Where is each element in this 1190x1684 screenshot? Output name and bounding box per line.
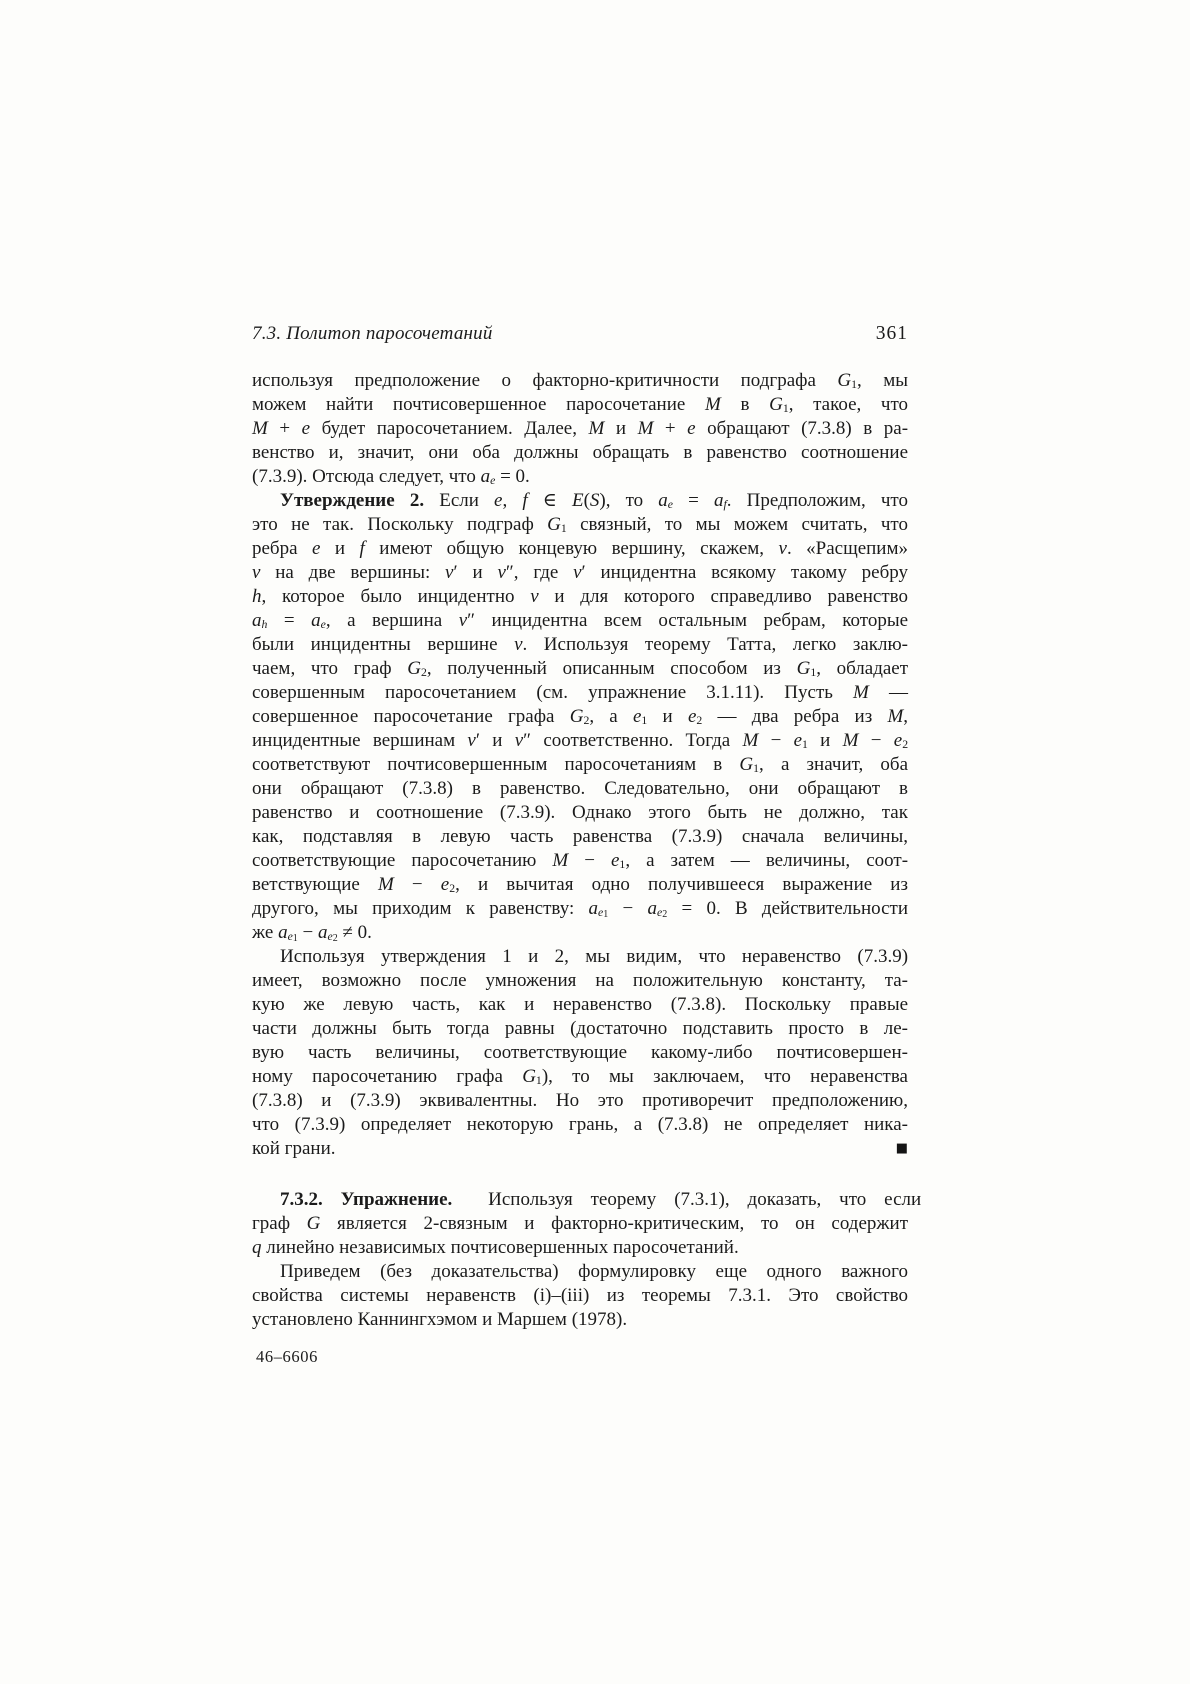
text-line: h, которое было инцидентно v и для котор… (252, 585, 908, 609)
page-body: используя предположение о факторно-крити… (252, 369, 908, 1332)
paragraph-claims-1-2: Используя утверждения 1 и 2, мы видим, ч… (252, 945, 908, 1161)
text-line: v на две вершины: v′ и v″, где v′ инциде… (252, 561, 908, 585)
text-line: Утверждение 2. Если e, f ∈ E(S), то ae =… (252, 489, 908, 513)
text-line: были инцидентны вершине v. Используя тео… (252, 633, 908, 657)
text-line: ветствующие M − e2, и вычитая одно получ… (252, 873, 908, 897)
text-line: можем найти почтисовершенное паросочетан… (252, 393, 908, 417)
text-line: соответствуют почтисовершенным паросочет… (252, 753, 908, 777)
text-line: соответствующие паросочетанию M − e1, а … (252, 849, 908, 873)
text-line: совершенное паросочетание графа G2, а e1… (252, 705, 908, 729)
text-line: же ae1 − ae2 ≠ 0. (252, 921, 908, 945)
text-line: это не так. Поскольку подграф G1 связный… (252, 513, 908, 537)
text-line: Приведем (без доказательства) формулиров… (252, 1260, 908, 1284)
text-line: ребра e и f имеют общую концевую вершину… (252, 537, 908, 561)
text-line: они обращают (7.3.8) в равенство. Следов… (252, 777, 908, 801)
text-line: граф G является 2-связным и факторно-кри… (252, 1212, 908, 1236)
text-line: кой грани.■ (252, 1137, 908, 1161)
text-line: ному паросочетанию графа G1), то мы закл… (252, 1065, 908, 1089)
paragraph-exercise-7-3-2: 7.3.2. Упражнение. Используя теорему (7.… (252, 1188, 908, 1260)
text-line: установлено Каннингхэмом и Маршем (1978)… (252, 1308, 908, 1332)
qed-square: ■ (896, 1141, 908, 1157)
paragraph-cunningham-marsh: Приведем (без доказательства) формулиров… (252, 1260, 908, 1332)
text-line: другого, мы приходим к равенству: ae1 − … (252, 897, 908, 921)
text-line: вую часть величины, соответствующие како… (252, 1041, 908, 1065)
text-line: ah = ae, а вершина v″ инцидентна всем ос… (252, 609, 908, 633)
text-line: (7.3.8) и (7.3.9) эквивалентны. Но это п… (252, 1089, 908, 1113)
text-line: 7.3.2. Упражнение. Используя теорему (7.… (252, 1188, 908, 1212)
text-line: q линейно независимых почтисовершенных п… (252, 1236, 908, 1260)
text-line: части должны быть тогда равны (достаточн… (252, 1017, 908, 1041)
text-line: используя предположение о факторно-крити… (252, 369, 908, 393)
text-line: что (7.3.9) определяет некоторую грань, … (252, 1113, 908, 1137)
text-line: инцидентные вершинам v′ и v″ соответстве… (252, 729, 908, 753)
paragraph-statement-2: Утверждение 2. Если e, f ∈ E(S), то ae =… (252, 489, 908, 945)
text-line: чаем, что граф G2, полученный описанным … (252, 657, 908, 681)
text-line: свойства системы неравенств (i)–(iii) из… (252, 1284, 908, 1308)
paragraph-continuation: используя предположение о факторно-крити… (252, 369, 908, 489)
text-line: Используя утверждения 1 и 2, мы видим, ч… (252, 945, 908, 969)
text-line: (7.3.9). Отсюда следует, что ae = 0. (252, 465, 908, 489)
text-line: венство и, значит, они оба должны обраща… (252, 441, 908, 465)
running-head-section-title: 7.3. Политоп паросочетаний (252, 322, 493, 346)
text-line: как, подставляя в левую часть равенства … (252, 825, 908, 849)
text-line: равенство и соотношение (7.3.9). Однако … (252, 801, 908, 825)
text-line: кую же левую часть, как и неравенство (7… (252, 993, 908, 1017)
book-page: 7.3. Политоп паросочетаний 361 используя… (0, 0, 1190, 1684)
text-line: M + e будет паросочетанием. Далее, M и M… (252, 417, 908, 441)
text-line: имеет, возможно после умножения на полож… (252, 969, 908, 993)
text-line: совершенным паросочетанием (см. упражнен… (252, 681, 908, 705)
page-number: 361 (876, 322, 908, 346)
signature-mark: 46–6606 (256, 1347, 318, 1367)
page-header: 7.3. Политоп паросочетаний 361 (252, 322, 908, 346)
